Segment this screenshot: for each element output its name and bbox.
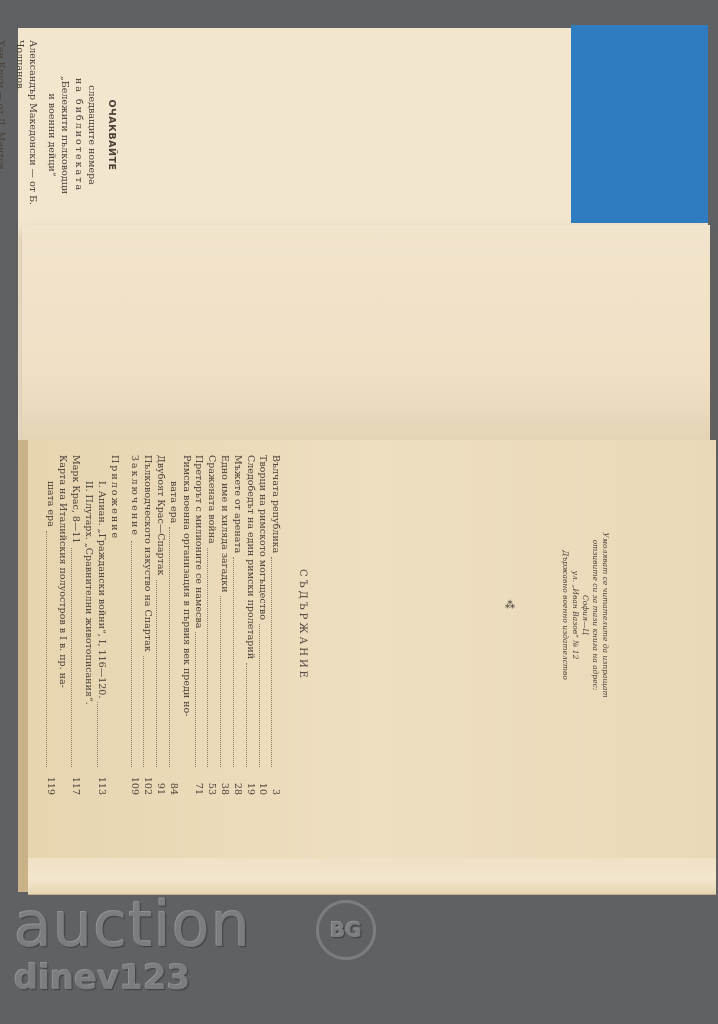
- toc-leader-dots: [169, 527, 170, 767]
- toc-page-number: 119: [43, 771, 56, 795]
- toc-leader-dots: [131, 541, 132, 767]
- toc-page-number: 102: [140, 771, 153, 795]
- imprint-line: отзивите си за тази книга на адрес:: [590, 520, 600, 710]
- toc-entry-label: Карта на Италийския полуостров в I в. пр…: [56, 455, 69, 688]
- toc-entry: II. Плутарх. „Сравнителни животописания“…: [81, 455, 94, 795]
- toc-entry-label: Приложение: [107, 455, 120, 540]
- toc-entry: Следобедът на един римски пролетарий19: [243, 455, 256, 795]
- toc-page-number: 3: [268, 771, 281, 795]
- table-of-contents: СЪДЪРЖАНИЕ Вълчата република3Творци на р…: [43, 455, 308, 795]
- toc-entry: шата ера119: [43, 455, 56, 795]
- toc-leader-dots: [156, 580, 157, 768]
- toc-entry-label: Преторът с милионите се намесва: [192, 455, 205, 628]
- toc-entry-label: Едно име и хиляда загадки: [217, 455, 230, 592]
- upcoming-intro-line: „Бележити пълководци: [58, 40, 72, 230]
- toc-entry: Карта на Италийския полуостров в I в. пр…: [56, 455, 69, 795]
- toc-entry-label: Заключение: [128, 455, 141, 537]
- watermark: auction BG dinev123: [14, 890, 251, 996]
- toc-entry-label: шата ера: [43, 481, 56, 527]
- toc-entry-label: Следобедът на един римски пролетарий: [243, 455, 256, 659]
- ornament-asterism: ⁂: [505, 602, 515, 610]
- toc-entry: Мъжете от арената28: [230, 455, 243, 795]
- toc-entry-label: Римска военна организация в първия век п…: [179, 455, 192, 716]
- toc-entry-label: Творци на римското могъщество: [256, 455, 269, 620]
- toc-entry: Пълководческото изкуство на Спартак102: [140, 455, 153, 795]
- toc-entry-label: Двубоят Крас—Спартак: [153, 455, 166, 576]
- toc-entry: Приложение: [107, 455, 120, 795]
- toc-entry: Римска военна организация в първия век п…: [179, 455, 192, 795]
- toc-leader-dots: [46, 531, 47, 767]
- upcoming-intro-line: и военни дейци“: [45, 40, 59, 230]
- toc-leader-dots: [71, 548, 72, 767]
- toc-entry: Едно име и хиляда загадки38: [217, 455, 230, 795]
- toc-entry-label: Сражената война: [204, 455, 217, 544]
- toc-leader-dots: [259, 624, 260, 767]
- upcoming-intro-line: на библиотеката: [72, 40, 86, 230]
- toc-entry: I. Апиан. „Граждански войни“, I, 116—120…: [94, 455, 107, 795]
- toc-page-number: 91: [153, 771, 166, 795]
- toc-leader-dots: [220, 596, 221, 767]
- toc-leader-dots: [143, 656, 144, 767]
- toc-page-number: 113: [94, 771, 107, 795]
- toc-heading: СЪДЪРЖАНИЕ: [295, 455, 308, 795]
- toc-entry-label: Пълководческото изкуство на Спартак: [140, 455, 153, 652]
- toc-page-number: 84: [166, 771, 179, 795]
- toc-entry: Марк Крас, 8—11117: [68, 455, 81, 795]
- toc-page-number: 71: [192, 771, 205, 795]
- toc-page-number: 53: [204, 771, 217, 795]
- toc-entry: Творци на римското могъщество10: [256, 455, 269, 795]
- toc-entry: Заключение109: [128, 455, 141, 795]
- toc-entry-label: вата ера: [166, 481, 179, 523]
- watermark-user: dinev123: [14, 960, 251, 996]
- imprint-line: ул. „Иван Вазов“ № 12: [570, 520, 580, 710]
- imprint-line: София—Ц: [580, 520, 590, 710]
- toc-leader-dots: [97, 702, 98, 767]
- watermark-brand: auction: [14, 890, 251, 960]
- toc-page-number: 10: [256, 771, 269, 795]
- upcoming-intro-line: следващите номера: [85, 40, 99, 230]
- toc-entry-label: Мъжете от арената: [230, 455, 243, 553]
- toc-entry: Преторът с милионите се намесва71: [192, 455, 205, 795]
- toc-leader-dots: [195, 632, 196, 767]
- watermark-badge: BG: [316, 900, 376, 960]
- upcoming-title: ОЧАКВАЙТЕ: [105, 40, 119, 230]
- toc-entry-label: Вълчата република: [268, 455, 281, 553]
- folded-page-flap: [22, 225, 710, 445]
- toc-entry-label: II. Плутарх. „Сравнителни животописания“…: [81, 481, 94, 705]
- publisher-imprint: Умоляват се читателите да изпращат отзив…: [560, 520, 610, 710]
- upcoming-titles-block: ОЧАКВАЙТЕ следващите номера на библиотек…: [0, 40, 118, 230]
- toc-page-number: 38: [217, 771, 230, 795]
- imprint-line: Умоляват се читателите да изпращат: [600, 520, 610, 710]
- toc-leader-dots: [207, 548, 208, 767]
- toc-leader-dots: [271, 557, 272, 767]
- toc-entry: Двубоят Крас—Спартак91: [153, 455, 166, 795]
- toc-entry: Сражената война53: [204, 455, 217, 795]
- upcoming-item: Хан Крум — от Д. Мантов.: [0, 40, 8, 230]
- toc-page-number: 19: [243, 771, 256, 795]
- imprint-line: Държавно военно издателство: [560, 520, 570, 710]
- toc-entry-label: Марк Крас, 8—11: [68, 455, 81, 544]
- toc-leader-dots: [233, 557, 234, 767]
- toc-leader-dots: [246, 663, 247, 767]
- toc-entry-label: I. Апиан. „Граждански войни“, I, 116—120…: [94, 481, 107, 698]
- toc-page-number: 28: [230, 771, 243, 795]
- toc-entry: Вълчата република3: [268, 455, 281, 795]
- blue-cover-edge: [571, 25, 708, 223]
- toc-entry: вата ера84: [166, 455, 179, 795]
- upcoming-item: Александър Македонски — от Б. Чолпанов.: [13, 40, 40, 230]
- toc-page-number: 117: [68, 771, 81, 795]
- toc-page-number: 109: [128, 771, 141, 795]
